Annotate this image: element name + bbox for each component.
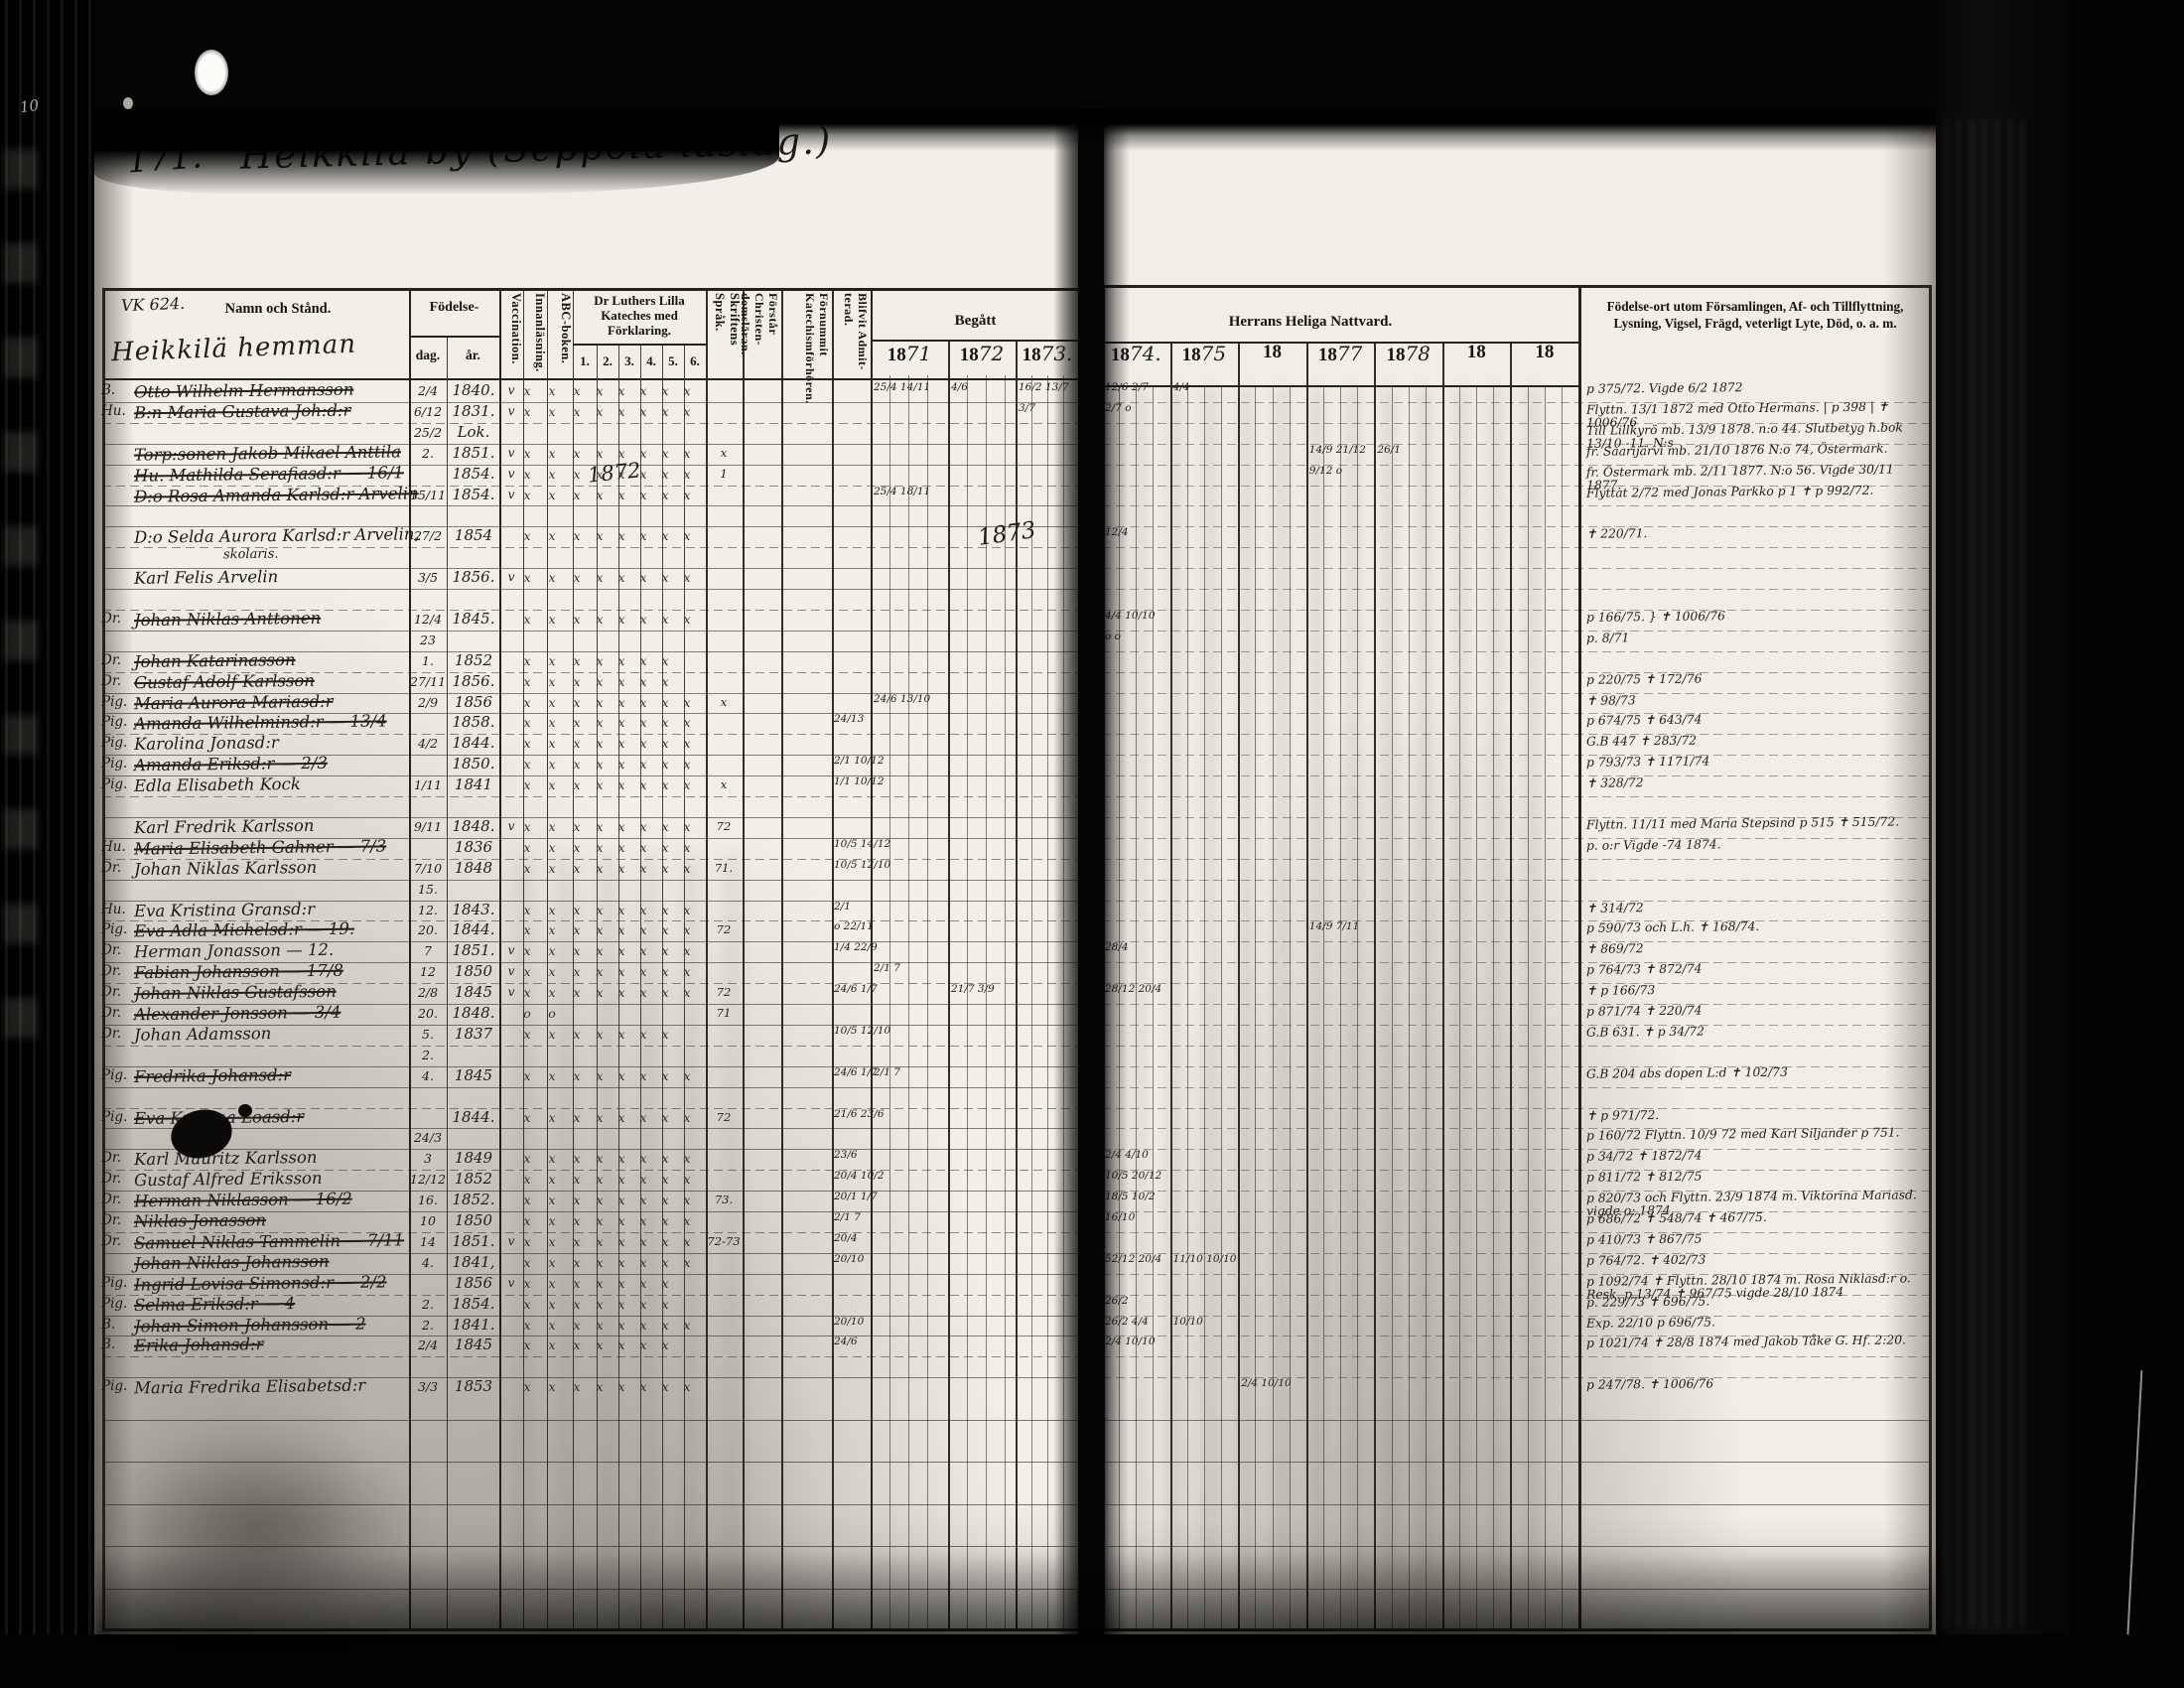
mark-x: x xyxy=(635,922,651,937)
mark-x: x xyxy=(614,528,629,543)
row-name: Amanda Wilhelminsd:r — 13/4 xyxy=(134,712,387,734)
mark-x: x xyxy=(614,1255,629,1270)
mark-x: x xyxy=(592,1110,608,1125)
table-row: B.Otto Wilhelm Hermansson2/41840.vxxxxxx… xyxy=(0,381,2184,402)
mark-x: x xyxy=(635,404,651,419)
mark-x: x xyxy=(569,1213,585,1228)
entry-1871: 24/6 13/10 xyxy=(874,694,947,705)
mark-x: x xyxy=(635,1110,651,1125)
mark-x: x xyxy=(635,653,651,668)
mark-x: x xyxy=(635,1337,651,1352)
table-row: Karl Felis Arvelin3/51856.vxxxxxxxx xyxy=(0,568,2184,589)
row-prefix: B. xyxy=(101,1317,115,1333)
mark-x: x xyxy=(569,861,585,876)
row-note: Flyttat 2/72 med Jonas Parkko p 1 ✝ p 99… xyxy=(1586,484,1928,500)
mark-x: x xyxy=(592,715,608,730)
mark-x: x xyxy=(635,1255,651,1270)
mark-x: x xyxy=(569,570,585,585)
row-name: skolaris. xyxy=(223,547,279,563)
row-birth-day: 4. xyxy=(410,1068,446,1083)
entry-scripture: 1 xyxy=(707,467,741,481)
mark-x: x xyxy=(635,840,651,855)
table-row: 25/2Lok.Till Lillkyrö mb. 13/9 1878. n:o… xyxy=(0,423,2184,444)
entry-admitted: 24/6 xyxy=(834,1336,907,1347)
entry-nattvard: 2/4 10/10 xyxy=(1241,1378,1306,1389)
row-prefix: Dr. xyxy=(101,611,121,627)
mark-x: x xyxy=(635,1318,651,1333)
row-birth-year: 1856 xyxy=(448,693,499,711)
mark-x: x xyxy=(519,922,535,937)
table-row: Pig.Ingrid Lovisa Simonsd:r — 2/21856vxx… xyxy=(0,1274,2184,1295)
row-note: ✝ 314/72 xyxy=(1586,899,1928,915)
mark-x: x xyxy=(635,1234,651,1249)
row-birth-year: 1841 xyxy=(448,775,499,793)
row-name: Fredrika Johansd:r xyxy=(134,1065,291,1086)
row-name: Johan Katarinasson xyxy=(134,650,296,671)
row-note: p. 229/73 ✝ 696/75. xyxy=(1586,1293,1928,1310)
mark-x: x xyxy=(569,383,585,398)
row-note: p 1021/74 ✝ 28/8 1874 med Jakob Tåke G. … xyxy=(1586,1335,1928,1351)
mark-x: x xyxy=(657,861,673,876)
mark-x: x xyxy=(592,943,608,958)
mark-x: x xyxy=(569,736,585,751)
row-name: Erika Johansd:r xyxy=(134,1336,264,1356)
mark-x: x xyxy=(569,1234,585,1249)
mark-x: x xyxy=(519,1213,535,1228)
table-row: Karl Fredrik Karlsson9/111848.vxxxxxxxx7… xyxy=(0,817,2184,838)
mark-x: x xyxy=(614,1276,629,1291)
entry-nattvard: 10/5 20/12 xyxy=(1105,1171,1170,1182)
row-note: ✝ 328/72 xyxy=(1586,774,1928,790)
mark-x: x xyxy=(635,612,651,627)
mark-x: x xyxy=(544,985,560,1000)
mark-x: x xyxy=(679,1255,695,1270)
table-row: B.Erika Johansd:r2/41845xxxxxxx24/62/4 1… xyxy=(0,1336,2184,1356)
table-row: Dr.Gustaf Alfred Eriksson12/121852xxxxxx… xyxy=(0,1170,2184,1191)
mark-x: x xyxy=(592,985,608,1000)
row-birth-day: 20. xyxy=(410,922,446,937)
row-prefix: Dr. xyxy=(101,1212,121,1228)
table-row: Dr.Gustaf Adolf Karlsson27/111856.xxxxxx… xyxy=(0,672,2184,693)
entry-nattvard: 2/4 4/10 xyxy=(1105,1150,1170,1161)
mark-x: x xyxy=(569,985,585,1000)
row-prefix: Dr. xyxy=(101,1171,121,1187)
mark-x: x xyxy=(544,943,560,958)
mark-x: x xyxy=(614,1027,629,1042)
table-row: Pig.Selma Eriksd:r — 42.1854.xxxxxxx26/2… xyxy=(0,1295,2184,1316)
mark-x: x xyxy=(519,736,535,751)
mark-x: x xyxy=(544,1337,560,1352)
mark-x: x xyxy=(614,861,629,876)
mark-x: x xyxy=(519,1234,535,1249)
row-note: G.B 204 abs dopen L:d ✝ 102/73 xyxy=(1586,1064,1928,1081)
entry-nattvard: 12/4 xyxy=(1105,527,1170,538)
row-birth-day: 1/11 xyxy=(410,777,446,792)
mark-x: x xyxy=(544,1379,560,1394)
row-name: Samuel Niklas Tammelin — 7/11 xyxy=(134,1230,404,1252)
row-birth-year: 1852. xyxy=(448,1191,499,1208)
mark-x: x xyxy=(679,840,695,855)
row-birth-day: 9/11 xyxy=(410,819,446,834)
entry-scripture: 72 xyxy=(707,1110,741,1124)
entry-scripture: x xyxy=(707,777,741,791)
mark-x: x xyxy=(519,383,535,398)
entry-nattvard: 10/10 xyxy=(1173,1317,1239,1328)
table-row: Dr.Samuel Niklas Tammelin — 7/11141851.v… xyxy=(0,1232,2184,1253)
entry-big-year: 1872 xyxy=(587,458,642,487)
mark-x: x xyxy=(614,488,629,502)
mark-x: x xyxy=(544,715,560,730)
mark-x: x xyxy=(592,446,608,461)
mark-x: x xyxy=(614,1068,629,1083)
mark-x: x xyxy=(679,943,695,958)
mark-x: x xyxy=(657,1110,673,1125)
mark-x: x xyxy=(519,861,535,876)
mark-x: x xyxy=(635,1276,651,1291)
mark-x: x xyxy=(635,1068,651,1083)
row-prefix: Dr. xyxy=(101,1005,121,1021)
row-note: p 871/74 ✝ 220/74 xyxy=(1586,1002,1928,1019)
entry-admitted: 21/6 23/6 xyxy=(834,1109,907,1120)
row-birth-day: 12/12 xyxy=(410,1172,446,1187)
mark-x: x xyxy=(635,1379,651,1394)
row-birth-year: 1844. xyxy=(448,1108,499,1126)
mark-x: x xyxy=(614,1151,629,1166)
mark-x: x xyxy=(544,903,560,917)
table-row: Pig.Fredrika Johansd:r4.1845xxxxxxxx24/6… xyxy=(0,1066,2184,1087)
entry-admitted: 1/4 22/9 xyxy=(834,942,907,953)
mark-x: x xyxy=(544,446,560,461)
mark-x: x xyxy=(569,1318,585,1333)
mark-x: x xyxy=(679,1193,695,1207)
mark-x: x xyxy=(544,1234,560,1249)
row-birth-year: 1845 xyxy=(448,1066,499,1084)
row-birth-day: 4. xyxy=(410,1255,446,1270)
mark-x: x xyxy=(657,653,673,668)
row-birth-year: 1856. xyxy=(448,672,499,690)
row-name: Karl Fredrik Karlsson xyxy=(134,816,315,837)
mark-x: x xyxy=(657,446,673,461)
row-name: Johan Simon Johansson — 2 xyxy=(134,1314,366,1336)
row-note: Flyttn. 11/11 med Maria Stepsind p 515 ✝… xyxy=(1586,815,1928,832)
mark-x: x xyxy=(657,922,673,937)
mark-x: x xyxy=(544,1297,560,1312)
entry-admitted: 10/5 14/12 xyxy=(834,839,907,850)
mark-x: x xyxy=(657,1172,673,1187)
entry-1871: 2/1 7 xyxy=(874,963,947,974)
mark-x: x xyxy=(679,819,695,834)
entry-scripture: 72 xyxy=(707,922,741,936)
row-birth-day: 15/11 xyxy=(410,488,446,502)
row-note: p 811/72 ✝ 812/75 xyxy=(1586,1168,1928,1185)
row-birth-day: 3/5 xyxy=(410,570,446,585)
mark-x: x xyxy=(519,757,535,772)
mark-x: x xyxy=(544,1318,560,1333)
row-birth-day: 12. xyxy=(410,903,446,917)
mark-x: x xyxy=(614,757,629,772)
mark-x: x xyxy=(635,777,651,792)
row-birth-day: 3/3 xyxy=(410,1379,446,1394)
row-birth-day: 10 xyxy=(410,1213,446,1228)
mark-x: x xyxy=(519,570,535,585)
mark-x: x xyxy=(635,1193,651,1207)
mark-x: x xyxy=(569,964,585,979)
mark-x: x xyxy=(679,488,695,502)
row-prefix: Dr. xyxy=(101,1026,121,1042)
mark-x: x xyxy=(569,488,585,502)
entry-nattvard: 16/10 xyxy=(1105,1212,1170,1223)
row-prefix: Pig. xyxy=(101,1275,127,1291)
mark-x: x xyxy=(519,674,535,689)
row-birth-day: 5. xyxy=(410,1027,446,1042)
mark-x: x xyxy=(519,1255,535,1270)
row-birth-day: 7 xyxy=(410,943,446,958)
row-birth-day: 2/9 xyxy=(410,695,446,710)
entry-scripture: x xyxy=(707,695,741,709)
mark-x: x xyxy=(614,943,629,958)
mark-x: x xyxy=(592,1234,608,1249)
row-name: Maria Aurora Mariasd:r xyxy=(134,691,334,712)
mark-x: x xyxy=(544,612,560,627)
row-prefix: Pig. xyxy=(101,921,127,937)
row-name: Herman Jonasson — 12. xyxy=(134,940,334,961)
mark-x: x xyxy=(544,570,560,585)
entry-nattvard: 18/5 10/2 xyxy=(1105,1192,1170,1202)
table-row: Hu.B:n Maria Gustava Joh:d:r6/121831.vxx… xyxy=(0,402,2184,423)
mark-x: x xyxy=(519,943,535,958)
row-prefix: Pig. xyxy=(101,1378,127,1394)
mark-x: x xyxy=(592,653,608,668)
row-note: p 247/78. ✝ 1006/76 xyxy=(1586,1375,1928,1392)
entry-nattvard: 14/9 7/11 xyxy=(1309,921,1375,932)
mark-x: x xyxy=(592,1255,608,1270)
table-row: D:o Selda Aurora Karlsd:r Arvelin,27/218… xyxy=(0,526,2184,547)
row-birth-day: 2. xyxy=(410,1048,446,1062)
mark-x: x xyxy=(679,985,695,1000)
mark-x: x xyxy=(544,488,560,502)
mark-x: x xyxy=(635,1172,651,1187)
mark-x: x xyxy=(657,903,673,917)
row-note: p 686/72 ✝ 548/74 ✝ 467/75. xyxy=(1586,1209,1928,1226)
mark-x: x xyxy=(614,840,629,855)
row-note: p 764/73 ✝ 872/74 xyxy=(1586,960,1928,977)
mark-x: x xyxy=(592,1297,608,1312)
entry-1871: 25/4 14/11 xyxy=(874,382,947,393)
table-row: Pig.Maria Aurora Mariasd:r2/91856xxxxxxx… xyxy=(0,693,2184,714)
row-prefix: Pig. xyxy=(101,735,127,751)
row-prefix: Dr. xyxy=(101,1150,121,1166)
mark-x: x xyxy=(569,715,585,730)
mark-x: x xyxy=(544,1110,560,1125)
mark-x: x xyxy=(544,653,560,668)
mark-x: x xyxy=(679,446,695,461)
mark-x: x xyxy=(614,674,629,689)
row-note: ✝ p 971/72. xyxy=(1586,1106,1928,1123)
mark-x: x xyxy=(679,612,695,627)
mark-x: x xyxy=(635,861,651,876)
row-name: D:o Rosa Amanda Karlsd:r Arvelin xyxy=(134,484,419,506)
entry-nattvard: 4/4 10/10 xyxy=(1105,611,1170,622)
mark-x: x xyxy=(657,840,673,855)
mark-x: x xyxy=(519,404,535,419)
row-name: Selma Eriksd:r — 4 xyxy=(134,1294,295,1315)
entry-scripture: 72-73 xyxy=(707,1234,741,1248)
mark-x: x xyxy=(614,777,629,792)
entry-nattvard: 52/12 20/4 xyxy=(1105,1254,1170,1265)
row-birth-year: 1845. xyxy=(448,610,499,628)
row-note: p. 8/71 xyxy=(1586,629,1928,645)
mark-x: x xyxy=(569,1172,585,1187)
row-name: Otto Wilhelm Hermansson xyxy=(134,380,354,402)
table-row xyxy=(0,796,2184,817)
row-birth-year: 1845 xyxy=(448,1336,499,1353)
row-birth-year: 1856. xyxy=(448,568,499,586)
row-name: Eva Adla Michelsd:r — 19. xyxy=(134,919,354,941)
row-name: Johan Adamsson xyxy=(134,1024,272,1045)
mark-x: x xyxy=(592,674,608,689)
mark-x: x xyxy=(544,1151,560,1166)
entry-nattvard: o o xyxy=(1105,632,1170,642)
mark-x: x xyxy=(614,1193,629,1207)
row-note: p 764/72. ✝ 402/73 xyxy=(1586,1251,1928,1268)
table-row: Dr.Herman Niklasson — 16/216.1852.xxxxxx… xyxy=(0,1191,2184,1211)
table-row: Dr.Karl Mauritz Karlsson31849xxxxxxxx23/… xyxy=(0,1149,2184,1170)
row-prefix: Pig. xyxy=(101,714,127,730)
mark-x: x xyxy=(679,570,695,585)
mark-x: x xyxy=(592,695,608,710)
row-name: Johan Niklas Gustafsson xyxy=(134,982,337,1003)
table-row: Dr.Herman Jonasson — 12.71851.vxxxxxxxx1… xyxy=(0,941,2184,962)
mark-x: x xyxy=(519,446,535,461)
mark-x: x xyxy=(679,736,695,751)
mark-x: x xyxy=(569,840,585,855)
mark-x: x xyxy=(519,777,535,792)
table-row: D:o Rosa Amanda Karlsd:r Arvelin15/11185… xyxy=(0,486,2184,506)
mark-x: x xyxy=(635,985,651,1000)
mark-x: x xyxy=(569,674,585,689)
mark-x: x xyxy=(569,1379,585,1394)
mark-x: x xyxy=(657,1151,673,1166)
row-prefix: Hu. xyxy=(101,403,126,419)
mark-x: x xyxy=(679,1213,695,1228)
row-name: Maria Fredrika Elisabetsd:r xyxy=(134,1376,365,1398)
row-name: Fabian Johansson — 17/8 xyxy=(134,961,343,983)
mark-x: x xyxy=(519,1193,535,1207)
mark-x: x xyxy=(592,964,608,979)
mark-x: x xyxy=(519,840,535,855)
mark-x: x xyxy=(569,1110,585,1125)
mark-x: x xyxy=(544,528,560,543)
table-row xyxy=(0,1087,2184,1108)
entry-admitted: 20/1 1/7 xyxy=(834,1192,907,1202)
mark-x: x xyxy=(614,985,629,1000)
mark-x: x xyxy=(614,695,629,710)
row-name: Alexander Jonsson — 3/4 xyxy=(134,1003,341,1025)
table-row: Pig.Maria Fredrika Elisabetsd:r3/31853xx… xyxy=(0,1377,2184,1398)
table-row: Dr.Fabian Johansson — 17/8121850vxxxxxxx… xyxy=(0,962,2184,983)
row-birth-year: 1854. xyxy=(448,486,499,503)
entry-nattvard: 2/4 10/10 xyxy=(1105,1336,1170,1347)
mark-x: x xyxy=(569,1027,585,1042)
row-birth-day: 23 xyxy=(410,633,446,647)
table-row: Johan Niklas Johansson4.1841,xxxxxxxx20/… xyxy=(0,1253,2184,1274)
entry-nattvard: 14/9 21/12 xyxy=(1309,445,1375,456)
mark-x: x xyxy=(544,1172,560,1187)
row-name: D:o Selda Aurora Karlsd:r Arvelin, xyxy=(134,525,420,548)
table-row: Dr.Johan Niklas Anttonen12/41845.xxxxxxx… xyxy=(0,610,2184,631)
mark-x: x xyxy=(635,488,651,502)
mark-x: x xyxy=(657,1027,673,1042)
mark-x: x xyxy=(544,404,560,419)
row-birth-day: 16. xyxy=(410,1193,446,1207)
mark-x: x xyxy=(569,467,585,482)
mark-x: x xyxy=(592,383,608,398)
mark-x: x xyxy=(635,570,651,585)
row-birth-year: 1848 xyxy=(448,859,499,877)
mark-x: x xyxy=(657,943,673,958)
mark-x: x xyxy=(657,736,673,751)
row-name: Herman Niklasson — 16/2 xyxy=(134,1190,352,1211)
entry-nattvard: 2/7 o xyxy=(1105,403,1170,414)
mark-x: x xyxy=(592,404,608,419)
row-birth-year: 1854. xyxy=(448,1295,499,1313)
mark-x: x xyxy=(614,715,629,730)
row-note: p 674/75 ✝ 643/74 xyxy=(1586,712,1928,729)
row-name: Johan Niklas Anttonen xyxy=(134,609,321,630)
scanned-ledger-page: 171. Heikkilä by (Seppola läslag.) VK 62… xyxy=(0,0,2184,1688)
entry-1871: 25/4 18/11 xyxy=(874,487,947,497)
mark-x: x xyxy=(614,446,629,461)
mark-x: x xyxy=(679,383,695,398)
mark-x: x xyxy=(592,488,608,502)
mark-x: x xyxy=(592,528,608,543)
mark-x: x xyxy=(657,1255,673,1270)
mark-x: x xyxy=(679,715,695,730)
mark-x: x xyxy=(544,736,560,751)
mark-x: x xyxy=(519,1276,535,1291)
row-note: fr. Saarijärvi mb. 21/10 1876 N:o 74, Ös… xyxy=(1586,442,1928,459)
row-birth-year: 1851. xyxy=(448,1232,499,1250)
mark-x: x xyxy=(544,1027,560,1042)
row-birth-year: 1852 xyxy=(448,1170,499,1188)
mark-x: x xyxy=(519,653,535,668)
row-prefix: Dr. xyxy=(101,1233,121,1249)
mark-x: x xyxy=(519,488,535,502)
mark-x: x xyxy=(635,943,651,958)
row-note: p 166/75. } ✝ 1006/76 xyxy=(1586,608,1928,625)
row-name: Johan Niklas Johansson xyxy=(134,1252,330,1273)
mark-x: o xyxy=(544,1006,560,1021)
mark-x: x xyxy=(635,964,651,979)
table-row: Hu. Mathilda Serafiasd:r — 16/11854.vxxx… xyxy=(0,465,2184,486)
table-row: 15. xyxy=(0,880,2184,901)
mark-x: x xyxy=(657,777,673,792)
mark-x: x xyxy=(614,903,629,917)
row-birth-year: 1848. xyxy=(448,817,499,835)
mark-x: x xyxy=(679,1151,695,1166)
row-birth-day: 25/2 xyxy=(410,425,446,440)
mark-x: x xyxy=(519,1318,535,1333)
mark-x: x xyxy=(657,1213,673,1228)
row-birth-day: 20. xyxy=(410,1006,446,1021)
row-note: ✝ 98/73 xyxy=(1586,691,1928,708)
row-birth-day: 12/4 xyxy=(410,612,446,627)
row-birth-year: Lok. xyxy=(448,423,499,441)
entry-admitted: 20/4 10/2 xyxy=(834,1171,907,1182)
mark-x: x xyxy=(679,467,695,482)
row-prefix: Hu. xyxy=(101,902,126,917)
mark-x: x xyxy=(614,1297,629,1312)
